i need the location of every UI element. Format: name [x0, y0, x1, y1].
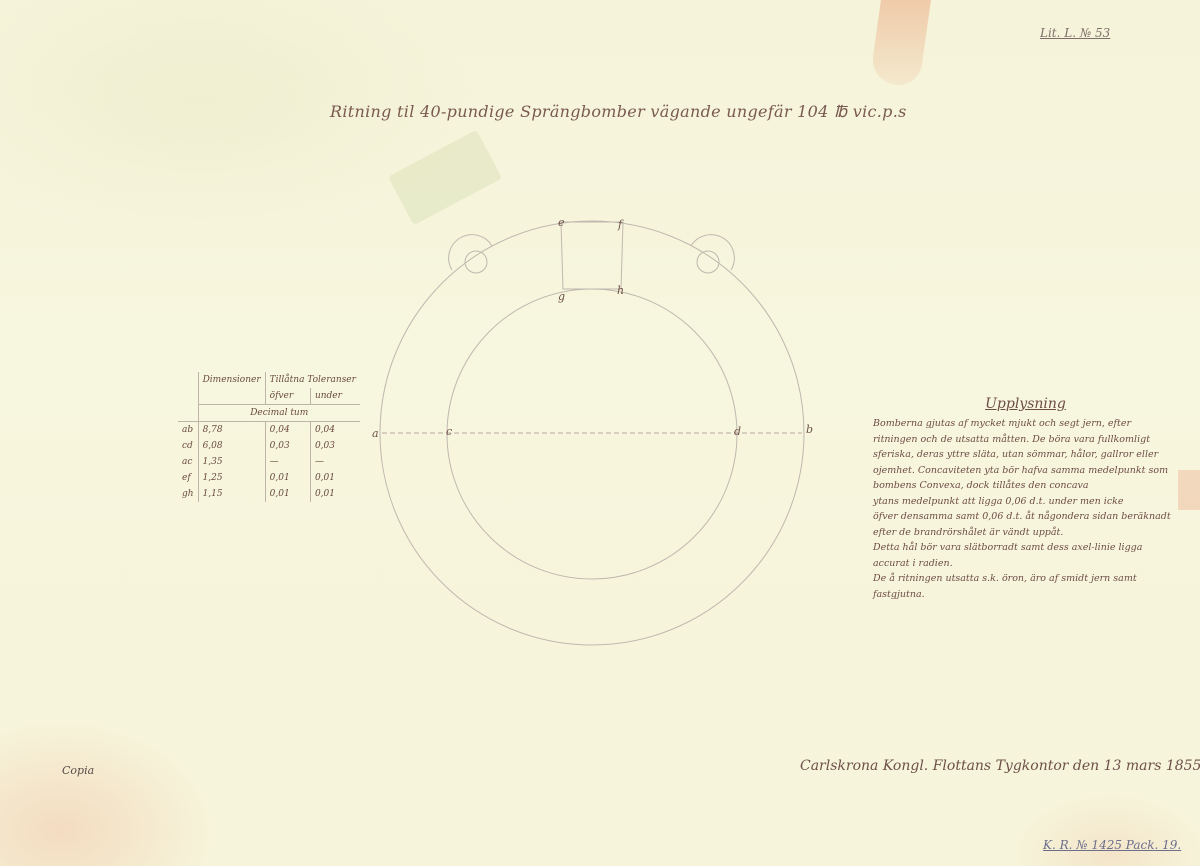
table-row: cd 6,08 0,03 0,03	[178, 438, 360, 454]
explanation-line: ojemhet. Concaviteten yta bör hafva samm…	[873, 463, 1178, 494]
inner-circle	[447, 289, 737, 579]
place-and-date: Carlskrona Kongl. Flottans Tygkontor den…	[800, 758, 1200, 774]
archive-mark: K. R. № 1425 Pack. 19.	[1043, 838, 1181, 852]
fuse-hole-efgh	[561, 222, 623, 289]
explanation-line: Detta hål bör vara slätborradt samt dess…	[873, 540, 1178, 571]
explanation-line: sferiska, deras yttre släta, utan sömmar…	[873, 447, 1178, 463]
explanation-block: Upplysning Bomberna gjutas af mycket mju…	[873, 396, 1178, 602]
explanation-heading: Upplysning	[873, 396, 1178, 412]
point-label-e: e	[558, 216, 565, 229]
explanation-line: Bomberna gjutas af mycket mjukt och segt…	[873, 416, 1178, 447]
header-unit: Decimal tum	[198, 405, 360, 422]
table-row: ef 1,25 0,01 0,01	[178, 470, 360, 486]
scanned-drawing-sheet: Lit. L. № 53 Ritning til 40-pundige Sprä…	[0, 0, 1200, 866]
point-label-b: b	[806, 423, 813, 436]
explanation-line: öfver densamma samt 0,06 d.t. åt någonde…	[873, 509, 1178, 540]
explanation-line: De å ritningen utsatta s.k. öron, äro af…	[873, 571, 1178, 602]
point-label-g: g	[558, 290, 565, 303]
table-row: ac 1,35 — —	[178, 454, 360, 470]
explanation-line: ytans medelpunkt att ligga 0,06 d.t. und…	[873, 494, 1178, 510]
header-over: öfver	[265, 388, 310, 405]
point-label-d: d	[734, 425, 741, 438]
header-dimensions: Dimensioner	[198, 372, 265, 388]
copy-mark: Copia	[62, 764, 94, 777]
header-tolerances: Tillåtna Toleranser	[265, 372, 360, 388]
header-under: under	[310, 388, 360, 405]
left-ear-ring	[465, 251, 487, 273]
right-ear-ring	[697, 251, 719, 273]
point-label-c: c	[446, 425, 452, 438]
table-row: ab 8,78 0,04 0,04	[178, 422, 360, 439]
point-label-h: h	[617, 284, 624, 297]
table-row: gh 1,15 0,01 0,01	[178, 486, 360, 502]
point-label-a: a	[372, 427, 379, 440]
dimension-table: Dimensioner Tillåtna Toleranser öfver un…	[178, 372, 360, 502]
